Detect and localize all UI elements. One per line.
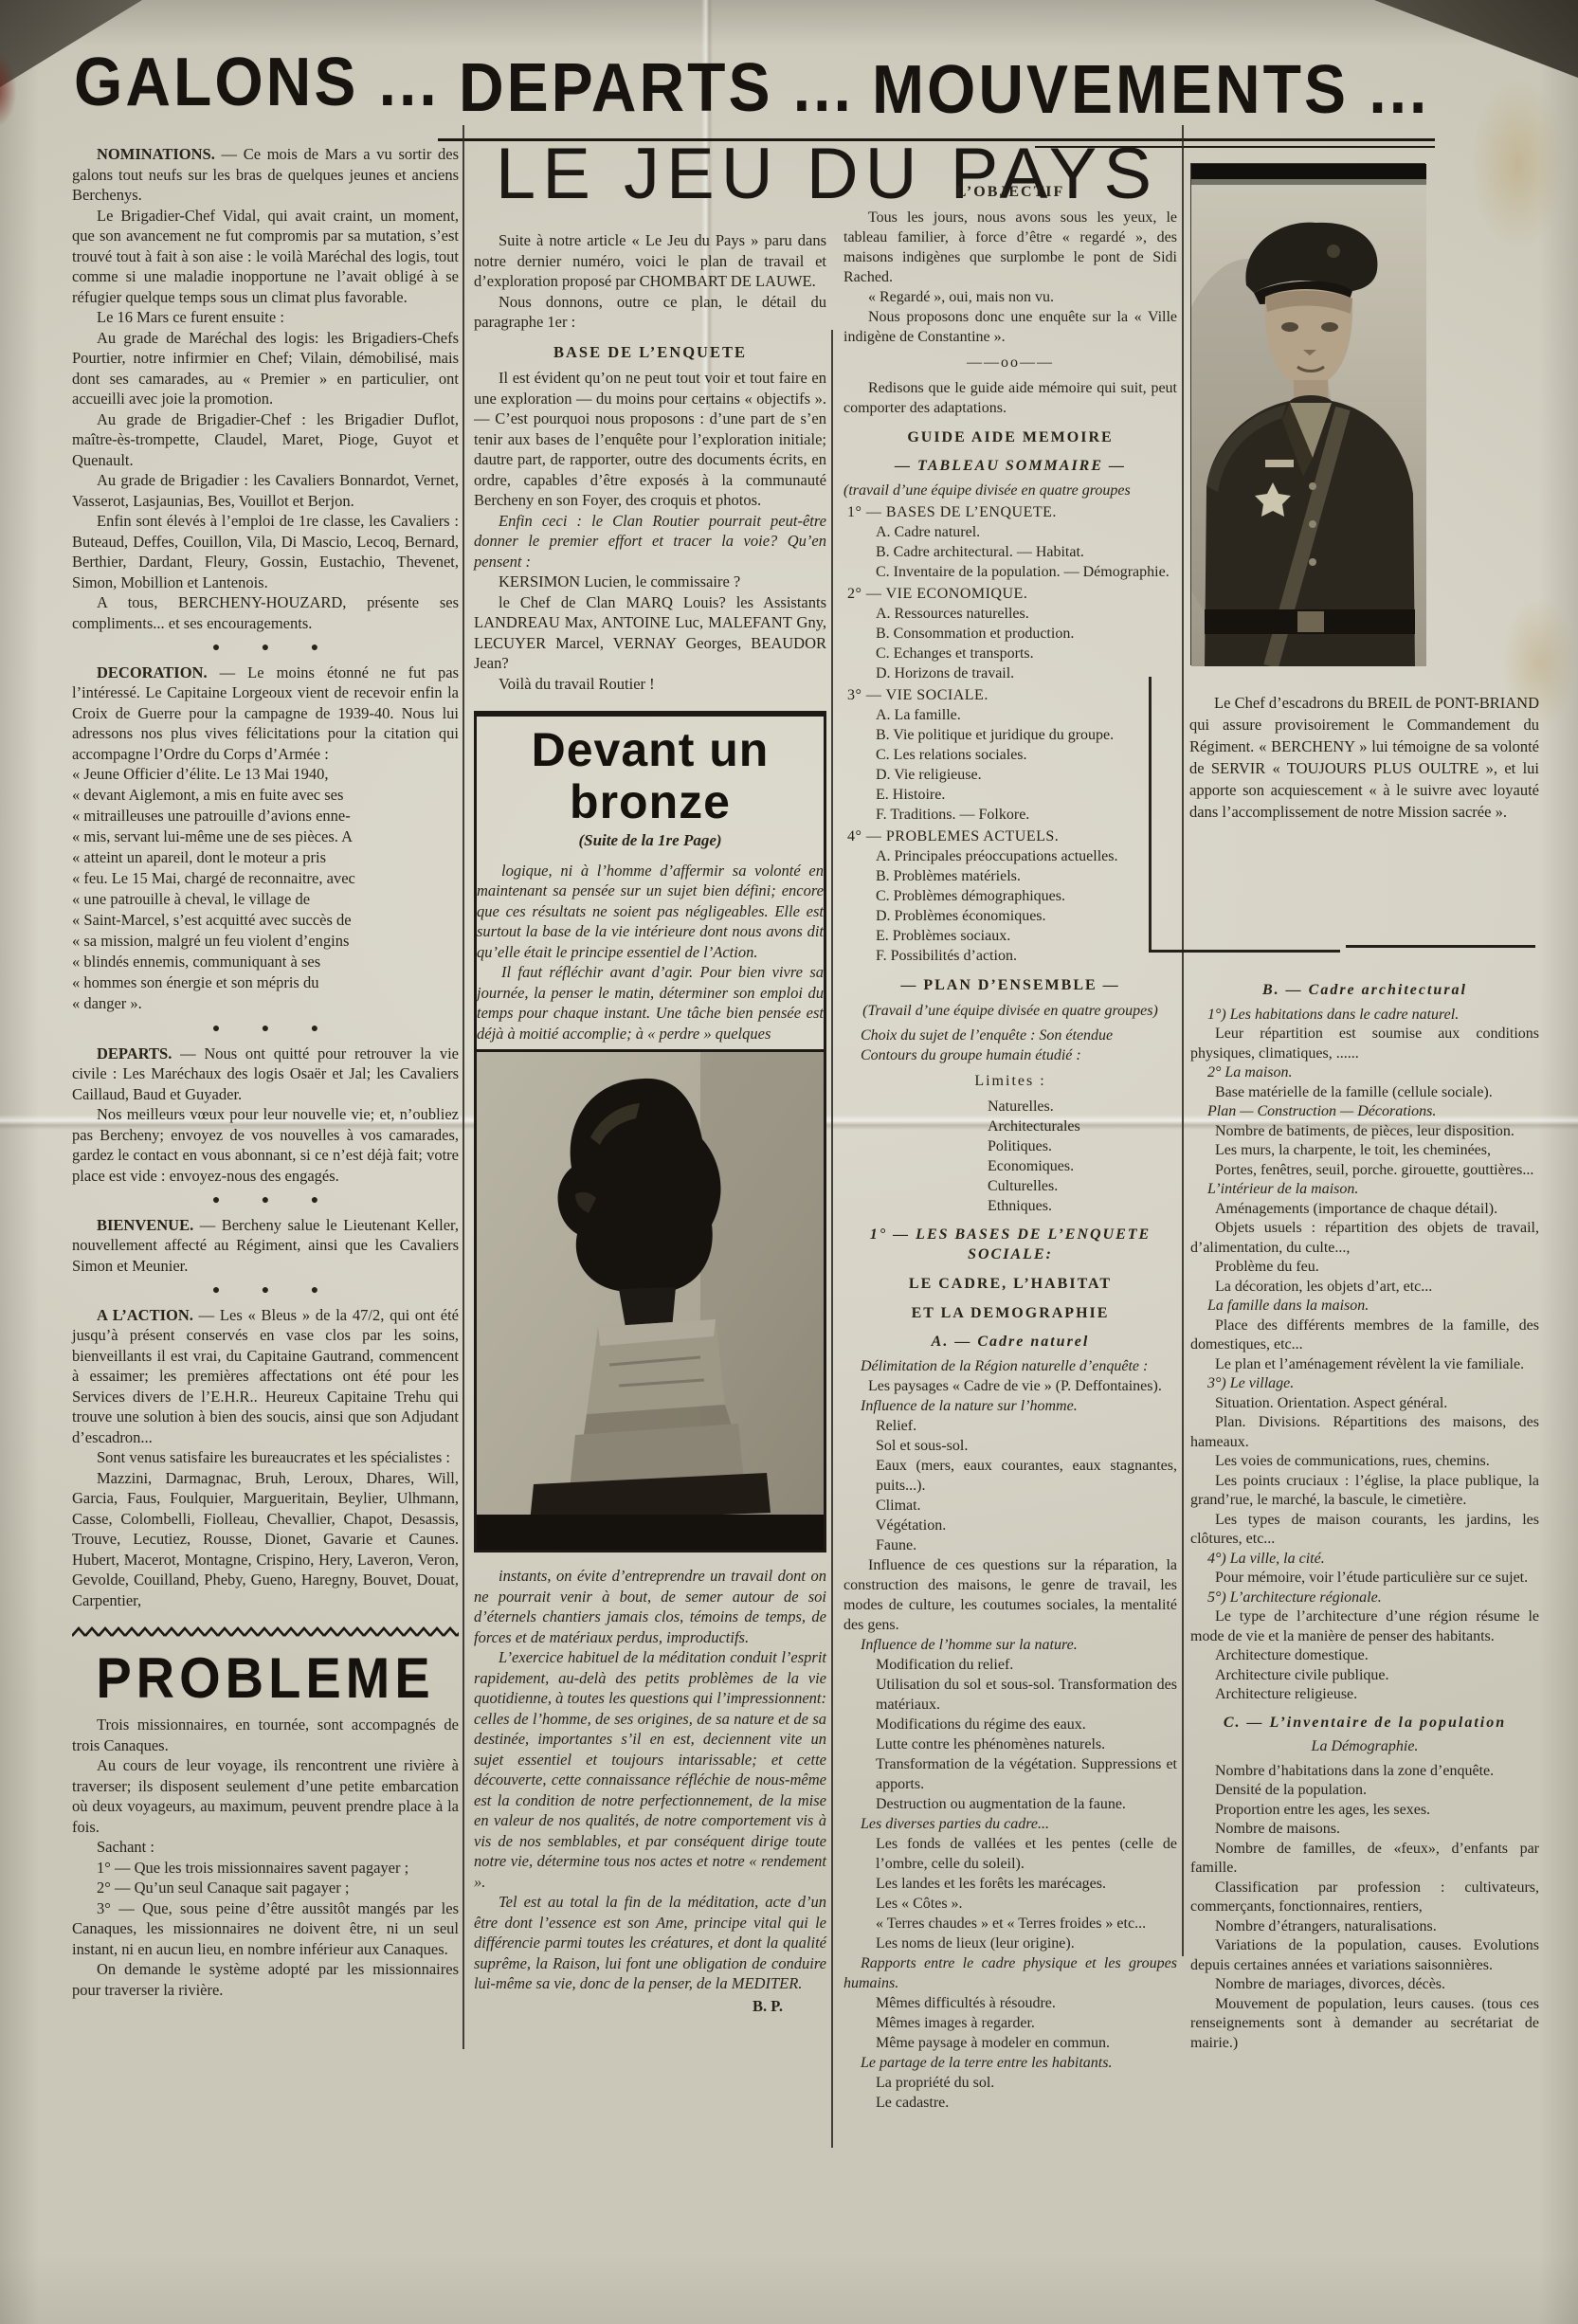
paragraph: Climat. bbox=[843, 1496, 1177, 1516]
paragraph: Nombre de mariages, divorces, décès. bbox=[1190, 1975, 1539, 1995]
section-separator: ● ● ● bbox=[72, 638, 459, 659]
paragraph: Faune. bbox=[843, 1535, 1177, 1555]
paragraph: Relief. bbox=[843, 1416, 1177, 1436]
paragraph: Politiques. bbox=[843, 1136, 1177, 1156]
paragraph: Le plan et l’aménagement révèlent la vie… bbox=[1190, 1355, 1539, 1375]
paragraph: Choix du sujet de l’enquête : Son étendu… bbox=[843, 1026, 1177, 1045]
paragraph: Plan — Construction — Décorations. bbox=[1190, 1102, 1539, 1122]
paragraph: Les « Côtes ». bbox=[843, 1894, 1177, 1914]
author-initials: B. P. bbox=[474, 1996, 826, 2017]
paragraph: 2° — VIE ECONOMIQUE. bbox=[843, 584, 1177, 604]
paragraph: A tous, BERCHENY-HOUZARD, présente ses c… bbox=[72, 592, 459, 633]
paragraph: Nos meilleurs vœux pour leur nouvelle vi… bbox=[72, 1104, 459, 1186]
paragraph: Les murs, la charpente, le toit, les che… bbox=[1190, 1141, 1539, 1161]
officer-portrait-illustration bbox=[1191, 164, 1426, 666]
masthead-word-galons: GALONS ... bbox=[74, 42, 440, 121]
paragraph: C. Echanges et transports. bbox=[843, 644, 1177, 663]
paragraph: Les landes et les forêts les marécages. bbox=[843, 1874, 1177, 1894]
paper-stain bbox=[1471, 80, 1566, 250]
paragraph: Architecture domestique. bbox=[1190, 1646, 1539, 1666]
red-ink-smudge bbox=[0, 53, 16, 127]
departs-paragraph: DEPARTS. — Nous ont quitté pour retrouve… bbox=[72, 1044, 459, 1105]
officer-caption: Le Chef d’escadrons du BREIL de PONT-BRI… bbox=[1189, 692, 1539, 823]
enquete-outline: L’OBJECTIFTous les jours, nous avons sou… bbox=[843, 182, 1177, 2113]
paragraph: Lutte contre les phénomènes naturels. bbox=[843, 1734, 1177, 1754]
paragraph: La décoration, les objets d’art, etc... bbox=[1190, 1278, 1539, 1298]
paragraph: Les types de maison courants, les jardin… bbox=[1190, 1511, 1539, 1550]
bronze-text-before-photo: logique, ni à l’homme d’affermir sa volo… bbox=[477, 861, 824, 1044]
paragraph: 5°) L’architecture régionale. bbox=[1190, 1589, 1539, 1608]
column-center-right: L’OBJECTIFTous les jours, nous avons sou… bbox=[843, 172, 1177, 2113]
paragraph: 2° — Qu’un seul Canaque sait pagayer ; bbox=[72, 1878, 459, 1898]
paragraph: Les points cruciaux : l’église, la place… bbox=[1190, 1472, 1539, 1511]
officer-portrait-photo bbox=[1190, 163, 1425, 665]
paragraph: 1° — Que les trois missionnaires savent … bbox=[72, 1858, 459, 1879]
paragraph: On demande le système adopté par les mis… bbox=[72, 1959, 459, 2000]
paragraph: Plan. Divisions. Répartitions des maison… bbox=[1190, 1413, 1539, 1452]
paragraph: 1° — BASES DE L’ENQUETE. bbox=[843, 502, 1177, 522]
paragraph: Tel est au total la fin de la méditation… bbox=[474, 1892, 826, 1994]
paragraph: Influence de l’homme sur la nature. bbox=[843, 1635, 1177, 1655]
paragraph: Modification du relief. bbox=[843, 1655, 1177, 1675]
paragraph: le Chef de Clan MARQ Louis? les Assistan… bbox=[474, 592, 826, 674]
paragraph: Suite à notre article « Le Jeu du Pays »… bbox=[474, 230, 826, 292]
paragraph: Le type de l’architecture d’une région r… bbox=[1190, 1607, 1539, 1646]
paragraph: Nombre de maisons. bbox=[1190, 1820, 1539, 1840]
paragraph: La famille dans la maison. bbox=[1190, 1297, 1539, 1316]
paragraph: Situation. Orientation. Aspect général. bbox=[1190, 1394, 1539, 1414]
paragraph: Modifications du régime des eaux. bbox=[843, 1715, 1177, 1734]
caption-bottom-rule-right bbox=[1346, 945, 1535, 948]
paragraph: instants, on évite d’entreprendre un tra… bbox=[474, 1566, 826, 1647]
inventaire-population-heading: C. — L’inventaire de la population bbox=[1190, 1714, 1539, 1734]
paragraph: C. Les relations sociales. bbox=[843, 745, 1177, 765]
guide-aide-memoire-heading: GUIDE AIDE MEMOIRE bbox=[843, 427, 1177, 447]
paragraph: 4°) La ville, la cité. bbox=[1190, 1550, 1539, 1570]
paragraph: Culturelles. bbox=[843, 1176, 1177, 1196]
paragraph: F. Possibilités d’action. bbox=[843, 946, 1177, 966]
paragraph: Influence de ces questions sur la répara… bbox=[843, 1555, 1177, 1635]
paragraph: Délimitation de la Région naturelle d’en… bbox=[843, 1356, 1177, 1376]
masthead-word-departs: DEPARTS ... bbox=[459, 47, 854, 127]
section-separator: ● ● ● bbox=[72, 1019, 459, 1040]
paragraph: Destruction ou augmentation de la faune. bbox=[843, 1794, 1177, 1814]
paragraph: 4° — PROBLEMES ACTUELS. bbox=[843, 826, 1177, 846]
section-lead: NOMINATIONS. bbox=[97, 145, 215, 163]
paragraph: logique, ni à l’homme d’affermir sa volo… bbox=[477, 861, 824, 963]
column-right: B. — Cadre architectural1°) Les habitati… bbox=[1190, 972, 1539, 2053]
paragraph: B. Vie politique et juridique du groupe. bbox=[843, 725, 1177, 745]
column-left: NOMINATIONS. — Ce mois de Mars a vu sort… bbox=[72, 144, 459, 2000]
paragraph: Enfin ceci : le Clan Routier pourrait pe… bbox=[474, 511, 826, 572]
cadre-architectural-heading: B. — Cadre architectural bbox=[1190, 981, 1539, 1001]
paragraph: C. Problèmes démographiques. bbox=[843, 886, 1177, 906]
paragraph: Il faut réfléchir avant d’agir. Pour bie… bbox=[477, 962, 824, 1044]
paragraph: Nombre de batiments, de pièces, leur dis… bbox=[1190, 1122, 1539, 1142]
photo-caption-text: Le Chef d’escadrons du BREIL de PONT-BRI… bbox=[1189, 692, 1539, 823]
paragraph: E. Problèmes sociaux. bbox=[843, 926, 1177, 946]
paragraph: Végétation. bbox=[843, 1516, 1177, 1535]
paragraph: A. Ressources naturelles. bbox=[843, 604, 1177, 624]
paragraph: Même paysage à modeler en commun. bbox=[843, 2033, 1177, 2053]
paragraph: Classification par profession : cultivat… bbox=[1190, 1879, 1539, 1917]
paragraph: Aménagements (importance de chaque détai… bbox=[1190, 1200, 1539, 1220]
paragraph: Sont venus satisfaire les bureaucrates e… bbox=[72, 1447, 459, 1468]
paragraph: D. Problèmes économiques. bbox=[843, 906, 1177, 926]
paragraph: L’intérieur de la maison. bbox=[1190, 1180, 1539, 1200]
paragraph: Nombre de familles, de «feux», d’enfants… bbox=[1190, 1840, 1539, 1879]
paragraph: Trois missionnaires, en tournée, sont ac… bbox=[72, 1715, 459, 1755]
paragraph: B. Consommation et production. bbox=[843, 624, 1177, 644]
paragraph: 3°) Le village. bbox=[1190, 1374, 1539, 1394]
paragraph: Problème du feu. bbox=[1190, 1258, 1539, 1278]
zigzag-rule-icon bbox=[72, 1625, 459, 1639]
paragraph: Objets usuels : répartition des objets d… bbox=[1190, 1219, 1539, 1258]
jeu-du-pays-intro: Suite à notre article « Le Jeu du Pays »… bbox=[474, 230, 826, 694]
paragraph: Mazzini, Darmagnac, Bruh, Leroux, Dhares… bbox=[72, 1468, 459, 1611]
caption-bottom-rule-left bbox=[1149, 950, 1340, 953]
masthead-word-mouvements: MOUVEMENTS ... bbox=[872, 49, 1429, 129]
cadre-naturel-heading: A. — Cadre naturel bbox=[843, 1332, 1177, 1352]
plan-densemble-heading: — PLAN D’ENSEMBLE — bbox=[843, 975, 1177, 995]
bronze-sculpture-photo bbox=[474, 1049, 826, 1552]
paragraph: Influence de la nature sur l’homme. bbox=[843, 1396, 1177, 1416]
paragraph: Au grade de Brigadier-Chef : les Brigadi… bbox=[72, 409, 459, 471]
oo-divider: ——oo—— bbox=[843, 353, 1177, 372]
paragraph: Nombre d’habitations dans la zone d’enqu… bbox=[1190, 1762, 1539, 1782]
paragraph: C. Inventaire de la population. — Démogr… bbox=[843, 562, 1177, 582]
tableau-sommaire-heading: — TABLEAU SOMMAIRE — bbox=[843, 456, 1177, 476]
probleme-heading: PROBLEME bbox=[72, 1648, 459, 1709]
section-separator: ● ● ● bbox=[72, 1280, 459, 1301]
paragraph: Densité de la population. bbox=[1190, 1781, 1539, 1801]
paragraph: Rapports entre le cadre physique et les … bbox=[843, 1953, 1177, 1993]
paragraph: « Regardé », oui, mais non vu. bbox=[843, 287, 1177, 307]
paragraph: Ethniques. bbox=[843, 1196, 1177, 1216]
paragraph: E. Histoire. bbox=[843, 785, 1177, 805]
citation-quote: « Jeune Officier d’élite. Le 13 Mai 1940… bbox=[72, 764, 459, 1014]
paragraph: F. Traditions. — Folkore. bbox=[843, 805, 1177, 825]
paragraph: D. Vie religieuse. bbox=[843, 765, 1177, 785]
paragraph: « Terres chaudes » et « Terres froides »… bbox=[843, 1914, 1177, 1934]
paragraph: Mêmes difficultés à résoudre. bbox=[843, 1993, 1177, 2013]
paragraph: Variations de la population, causes. Evo… bbox=[1190, 1936, 1539, 1975]
paragraph: Les diverses parties du cadre... bbox=[843, 1814, 1177, 1834]
paragraph: B. Cadre architectural. — Habitat. bbox=[843, 542, 1177, 562]
paragraph: Les voies de communications, rues, chemi… bbox=[1190, 1452, 1539, 1472]
bronze-article-subtitle: (Suite de la 1re Page) bbox=[477, 830, 824, 851]
paragraph: Les noms de lieux (leur origine). bbox=[843, 1934, 1177, 1953]
probleme-body: Trois missionnaires, en tournée, sont ac… bbox=[72, 1715, 459, 2000]
paragraph: 3° — Que, sous peine d’être aussitôt man… bbox=[72, 1898, 459, 1960]
paragraph: Leur répartition est soumise aux conditi… bbox=[1190, 1025, 1539, 1063]
paragraph: Au grade de Maréchal des logis: les Brig… bbox=[72, 328, 459, 409]
paragraph: Redisons que le guide aide mémoire qui s… bbox=[843, 378, 1177, 418]
paragraph: Nombre d’étrangers, naturalisations. bbox=[1190, 1917, 1539, 1937]
paragraph: Economiques. bbox=[843, 1156, 1177, 1176]
paragraph: (travail d’une équipe divisée en quatre … bbox=[843, 481, 1177, 500]
section-lead: BIENVENUE. bbox=[97, 1216, 193, 1234]
objectif-heading: L’OBJECTIF bbox=[843, 182, 1177, 202]
paragraph: Les paysages « Cadre de vie » (P. Deffon… bbox=[843, 1376, 1177, 1396]
paragraph: Place des différents membres de la famil… bbox=[1190, 1316, 1539, 1355]
paragraph: Les fonds de vallées et les pentes (cell… bbox=[843, 1834, 1177, 1874]
paragraph: A. Principales préoccupations actuelles. bbox=[843, 846, 1177, 866]
paragraph: A. Cadre naturel. bbox=[843, 522, 1177, 542]
paragraph: Utilisation du sol et sous-sol. Transfor… bbox=[843, 1675, 1177, 1715]
paragraph: La propriété du sol. bbox=[843, 2073, 1177, 2093]
paragraph: Mouvement de population, leurs causes. (… bbox=[1190, 1995, 1539, 2054]
bronze-sculpture-illustration bbox=[477, 1052, 824, 1550]
paragraph: Transformation de la végétation. Suppres… bbox=[843, 1754, 1177, 1794]
paragraph: D. Horizons de travail. bbox=[843, 663, 1177, 683]
paragraph: B. Problèmes matériels. bbox=[843, 866, 1177, 886]
column-divider-1 bbox=[463, 125, 464, 2049]
paragraph: Au grade de Brigadier : les Cavaliers Bo… bbox=[72, 470, 459, 511]
paragraph: ET LA DEMOGRAPHIE bbox=[843, 1303, 1177, 1323]
decoration-paragraph: DECORATION. — Le moins étonné ne fut pas… bbox=[72, 663, 459, 765]
paragraph: (Travail d’une équipe divisée en quatre … bbox=[843, 1001, 1177, 1021]
paragraph: Voilà du travail Routier ! bbox=[474, 674, 826, 695]
paragraph: Nous proposons donc une enquête sur la «… bbox=[843, 307, 1177, 347]
paragraph: Nous donnons, outre ce plan, le détail d… bbox=[474, 292, 826, 333]
paragraph: 2° La maison. bbox=[1190, 1063, 1539, 1083]
cadre-architectural-outline: B. — Cadre architectural1°) Les habitati… bbox=[1190, 981, 1539, 2053]
paragraph: Base matérielle de la famille (cellule s… bbox=[1190, 1083, 1539, 1103]
paragraph: Sachant : bbox=[72, 1837, 459, 1858]
paragraph: Le partage de la terre entre les habitan… bbox=[843, 2053, 1177, 2073]
paragraph: Architecture civile publique. bbox=[1190, 1666, 1539, 1686]
paragraph: Portes, fenêtres, seuil, porche. girouet… bbox=[1190, 1161, 1539, 1181]
section-lead: DEPARTS. bbox=[97, 1044, 172, 1062]
paragraph: Au cours de leur voyage, ils rencontrent… bbox=[72, 1755, 459, 1837]
paragraph: Sol et sous-sol. bbox=[843, 1436, 1177, 1456]
bienvenue-paragraph: BIENVENUE. — Bercheny salue le Lieutenan… bbox=[72, 1215, 459, 1277]
paragraph: Limites : bbox=[843, 1071, 1177, 1091]
paragraph: 1°) Les habitations dans le cadre nature… bbox=[1190, 1006, 1539, 1026]
paragraph: Contours du groupe humain étudié : bbox=[843, 1045, 1177, 1065]
paragraph: Il est évident qu’on ne peut tout voir e… bbox=[474, 368, 826, 511]
paragraph: L’exercice habituel de la méditation con… bbox=[474, 1647, 826, 1892]
squiggle-divider bbox=[72, 1624, 459, 1644]
bronze-text-after-photo: instants, on évite d’entreprendre un tra… bbox=[474, 1566, 826, 1994]
paragraph: KERSIMON Lucien, le commissaire ? bbox=[474, 572, 826, 592]
column-divider-3 bbox=[1182, 125, 1184, 1956]
bases-enquete-sociale-heading: 1° — LES BASES DE L’ENQUETE SOCIALE: bbox=[843, 1225, 1177, 1264]
devant-un-bronze-box: Devant un bronze (Suite de la 1re Page) … bbox=[474, 711, 826, 1049]
paragraph: 3° — VIE SOCIALE. bbox=[843, 685, 1177, 705]
paragraph: Naturelles. bbox=[843, 1097, 1177, 1117]
paragraph: Pour mémoire, voir l’étude particulière … bbox=[1190, 1569, 1539, 1589]
paragraph: Le Brigadier-Chef Vidal, qui avait crain… bbox=[72, 206, 459, 308]
paragraph: Le 16 Mars ce furent ensuite : bbox=[72, 307, 459, 328]
paragraph: LE CADRE, L’HABITAT bbox=[843, 1274, 1177, 1294]
paragraph: Architecture religieuse. bbox=[1190, 1685, 1539, 1705]
paragraph: Enfin sont élevés à l’emploi de 1re clas… bbox=[72, 511, 459, 592]
section-lead: DECORATION. bbox=[97, 663, 208, 681]
paragraph: Proportion entre les ages, les sexes. bbox=[1190, 1801, 1539, 1821]
paragraph: Le cadastre. bbox=[843, 2093, 1177, 2113]
paragraph: Tous les jours, nous avons sous les yeux… bbox=[843, 208, 1177, 287]
bronze-article-title: Devant un bronze bbox=[477, 724, 824, 828]
section-lead: A L’ACTION. bbox=[97, 1306, 193, 1324]
paragraph: A. La famille. bbox=[843, 705, 1177, 725]
column-divider-2 bbox=[831, 330, 833, 2148]
paragraph: La Démographie. bbox=[1190, 1737, 1539, 1757]
a-laction-paragraph: A L’ACTION. — Les « Bleus » de la 47/2, … bbox=[72, 1305, 459, 1448]
paragraph: Architecturales bbox=[843, 1117, 1177, 1136]
column-center-left: Suite à notre article « Le Jeu du Pays »… bbox=[474, 230, 826, 2016]
paragraph: Mêmes images à regarder. bbox=[843, 2013, 1177, 2033]
newspaper-page: GALONS ... DEPARTS ... MOUVEMENTS ... LE… bbox=[0, 0, 1578, 2324]
paragraph: Eaux (mers, eaux courantes, eaux stagnan… bbox=[843, 1456, 1177, 1496]
nominations-paragraph: NOMINATIONS. — Ce mois de Mars a vu sort… bbox=[72, 144, 459, 206]
left-column-articles: NOMINATIONS. — Ce mois de Mars a vu sort… bbox=[72, 144, 459, 1610]
base-enquete-heading: BASE DE L’ENQUETE bbox=[474, 342, 826, 363]
section-separator: ● ● ● bbox=[72, 1190, 459, 1211]
photo-caption-box: Le Chef d’escadrons du BREIL de PONT-BRI… bbox=[1149, 677, 1539, 950]
